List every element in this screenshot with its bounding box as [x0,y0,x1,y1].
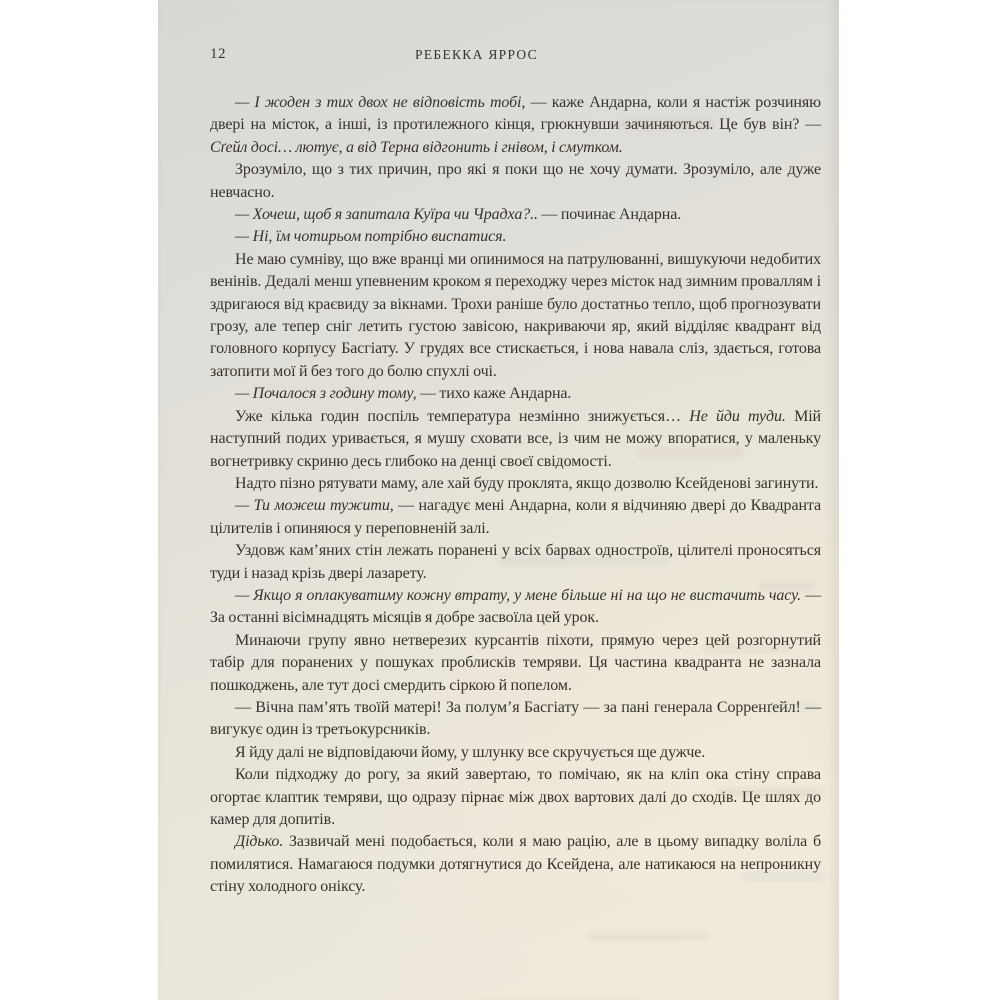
text-run: Сґейл досі… лютує, а від Терна відгонить… [210,139,623,156]
text-run: Надто пізно рятувати маму, але хай буду … [235,475,818,492]
text-run: — Хочеш, щоб я запитала Куїра чи Чрадха?… [235,206,538,223]
running-head: РЕБЕККА ЯРРОС [158,47,817,63]
paragraph: Не маю сумніву, що вже вранці ми опинимо… [210,249,821,383]
paragraph: Зрозуміло, що з тих причин, про які я по… [210,159,821,204]
text-run: — тихо каже Андарна. [416,385,571,402]
paragraph: Надто пізно рятувати маму, але хай буду … [210,473,821,495]
text-run: — Ти можеш тужити, [235,497,394,514]
text-run: Я йду далі не відповідаючи йому, у шлунк… [235,744,705,761]
text-run: — І жоден з тих двох не відповість тобі, [235,94,525,111]
text-run: — Ні, їм чотирьом потрібно виспатися. [235,228,506,245]
text-run: Коли підходжу до рогу, за який завертаю,… [210,766,821,828]
text-run: Дідько. [235,833,283,850]
text-run: Уже кілька годин поспіль температура нез… [235,408,689,425]
paragraph: Дідько. Зазвичай мені подобається, коли … [210,831,821,898]
text-run: — Почалося з годину тому, [235,385,416,402]
page-header: 12 РЕБЕККА ЯРРОС [158,44,839,66]
text-run: Минаючи групу явно нетверезих курсантів … [210,632,821,694]
paragraph: — Ти можеш тужити, — нагадує мені Андарн… [210,495,821,540]
book-page-photo: 12 РЕБЕККА ЯРРОС — І жоден з тих двох не… [158,0,839,1000]
paragraph: Уздовж кам’яних стін лежать поранені у в… [210,540,821,585]
paragraph: — Якщо я оплакуватиму кожну втрату, у ме… [210,585,821,630]
paragraph: Уже кілька годин поспіль температура нез… [210,406,821,473]
text-run: — починає Андарна. [538,206,681,223]
paragraph: — І жоден з тих двох не відповість тобі,… [210,92,821,159]
paragraph: — Хочеш, щоб я запитала Куїра чи Чрадха?… [210,204,821,226]
paragraph: Коли підходжу до рогу, за який завертаю,… [210,764,821,831]
showthrough-mark [588,932,708,941]
text-run: Зрозуміло, що з тих причин, про які я по… [210,161,821,200]
text-run: — Якщо я оплакуватиму кожну втрату, у ме… [235,587,801,604]
text-run: — Вічна пам’ять твоїй матері! За полум’я… [210,699,821,738]
text-run: Зазвичай мені подобається, коли я маю ра… [210,833,821,895]
paragraph: — Ні, їм чотирьом потрібно виспатися. [210,226,821,248]
text-run: Уздовж кам’яних стін лежать поранені у в… [210,542,821,581]
text-run: Не маю сумніву, що вже вранці ми опинимо… [210,251,821,380]
text-run: Не йди туди. [689,408,786,425]
paragraph: Минаючи групу явно нетверезих курсантів … [210,630,821,697]
paragraph: — Почалося з годину тому, — тихо каже Ан… [210,383,821,405]
paragraph: Я йду далі не відповідаючи йому, у шлунк… [210,742,821,764]
paragraph: — Вічна пам’ять твоїй матері! За полум’я… [210,697,821,742]
page-body: — І жоден з тих двох не відповість тобі,… [210,92,821,899]
